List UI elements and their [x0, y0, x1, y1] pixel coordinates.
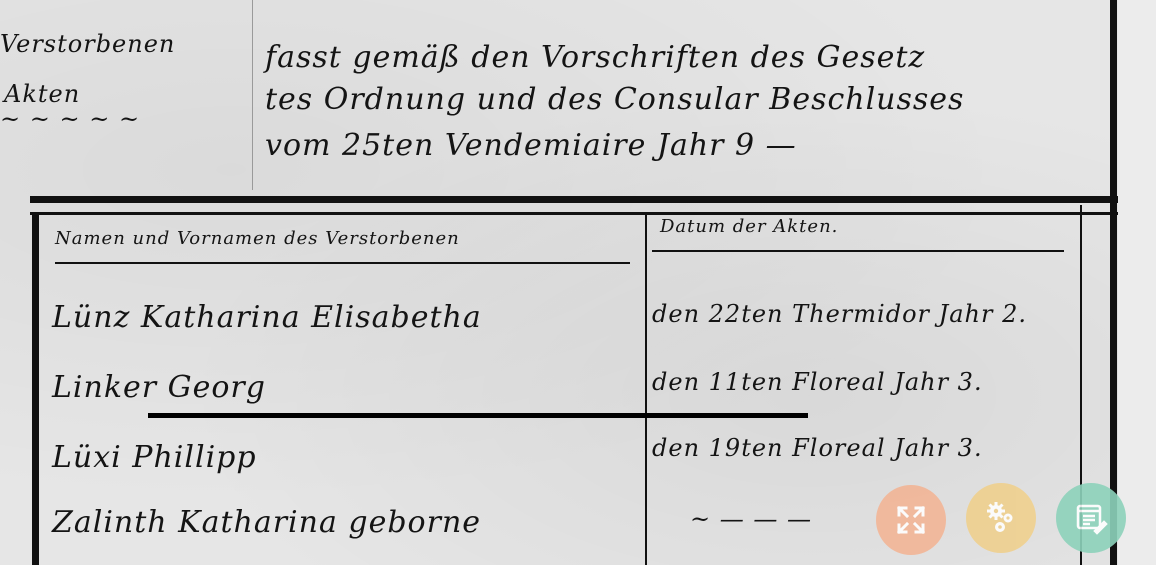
table-header-name: Namen und Vornamen des Verstorbenen: [55, 228, 460, 249]
text-line: tes Ordnung und des Consular Beschlusses: [265, 82, 964, 117]
table-top-border: [30, 196, 1118, 203]
annotation-underline: [148, 413, 808, 418]
table-row-name: Zalinth Katharina geborne: [52, 505, 481, 540]
fragment-text: Akten: [4, 80, 80, 108]
expand-arrows-icon: [893, 502, 929, 538]
table-row-date: den 22ten Thermidor Jahr 2.: [652, 300, 1027, 328]
faint-rule: [252, 0, 253, 190]
header-underline-right: [652, 250, 1064, 252]
table-row-date: den 19ten Floreal Jahr 3.: [652, 434, 983, 462]
page-edge: [1118, 0, 1156, 565]
header-underline-left: [55, 262, 630, 264]
column-divider: [645, 215, 647, 565]
expand-button[interactable]: [876, 485, 946, 555]
text-line: fasst gemäß den Vorschriften des Gesetz: [265, 40, 925, 75]
notes-button[interactable]: [1056, 483, 1126, 553]
settings-button[interactable]: [966, 483, 1036, 553]
table-row-name: Lüxi Phillipp: [52, 440, 257, 475]
document-viewer[interactable]: Verstorbenen Akten ~ ~ ~ ~ ~ fasst gemäß…: [0, 0, 1156, 565]
text-line: vom 25ten Vendemiaire Jahr 9 —: [265, 128, 797, 163]
edit-note-icon: [1073, 500, 1109, 536]
gears-icon: [983, 500, 1019, 536]
table-header-date: Datum der Akten.: [660, 216, 838, 237]
scanned-page: Verstorbenen Akten ~ ~ ~ ~ ~ fasst gemäß…: [0, 0, 1156, 565]
fragment-text: ~ ~ ~ ~ ~: [0, 105, 140, 133]
table-row-name: Lünz Katharina Elisabetha: [52, 300, 482, 335]
table-row-name: Linker Georg: [52, 370, 266, 405]
table-row-date: ~ — — —: [690, 505, 812, 533]
table-row-date: den 11ten Floreal Jahr 3.: [652, 368, 983, 396]
table-left-border: [32, 212, 39, 565]
table-top-border-inner: [30, 212, 1118, 215]
page-right-border: [1110, 0, 1117, 565]
fragment-text: Verstorbenen: [0, 30, 175, 58]
